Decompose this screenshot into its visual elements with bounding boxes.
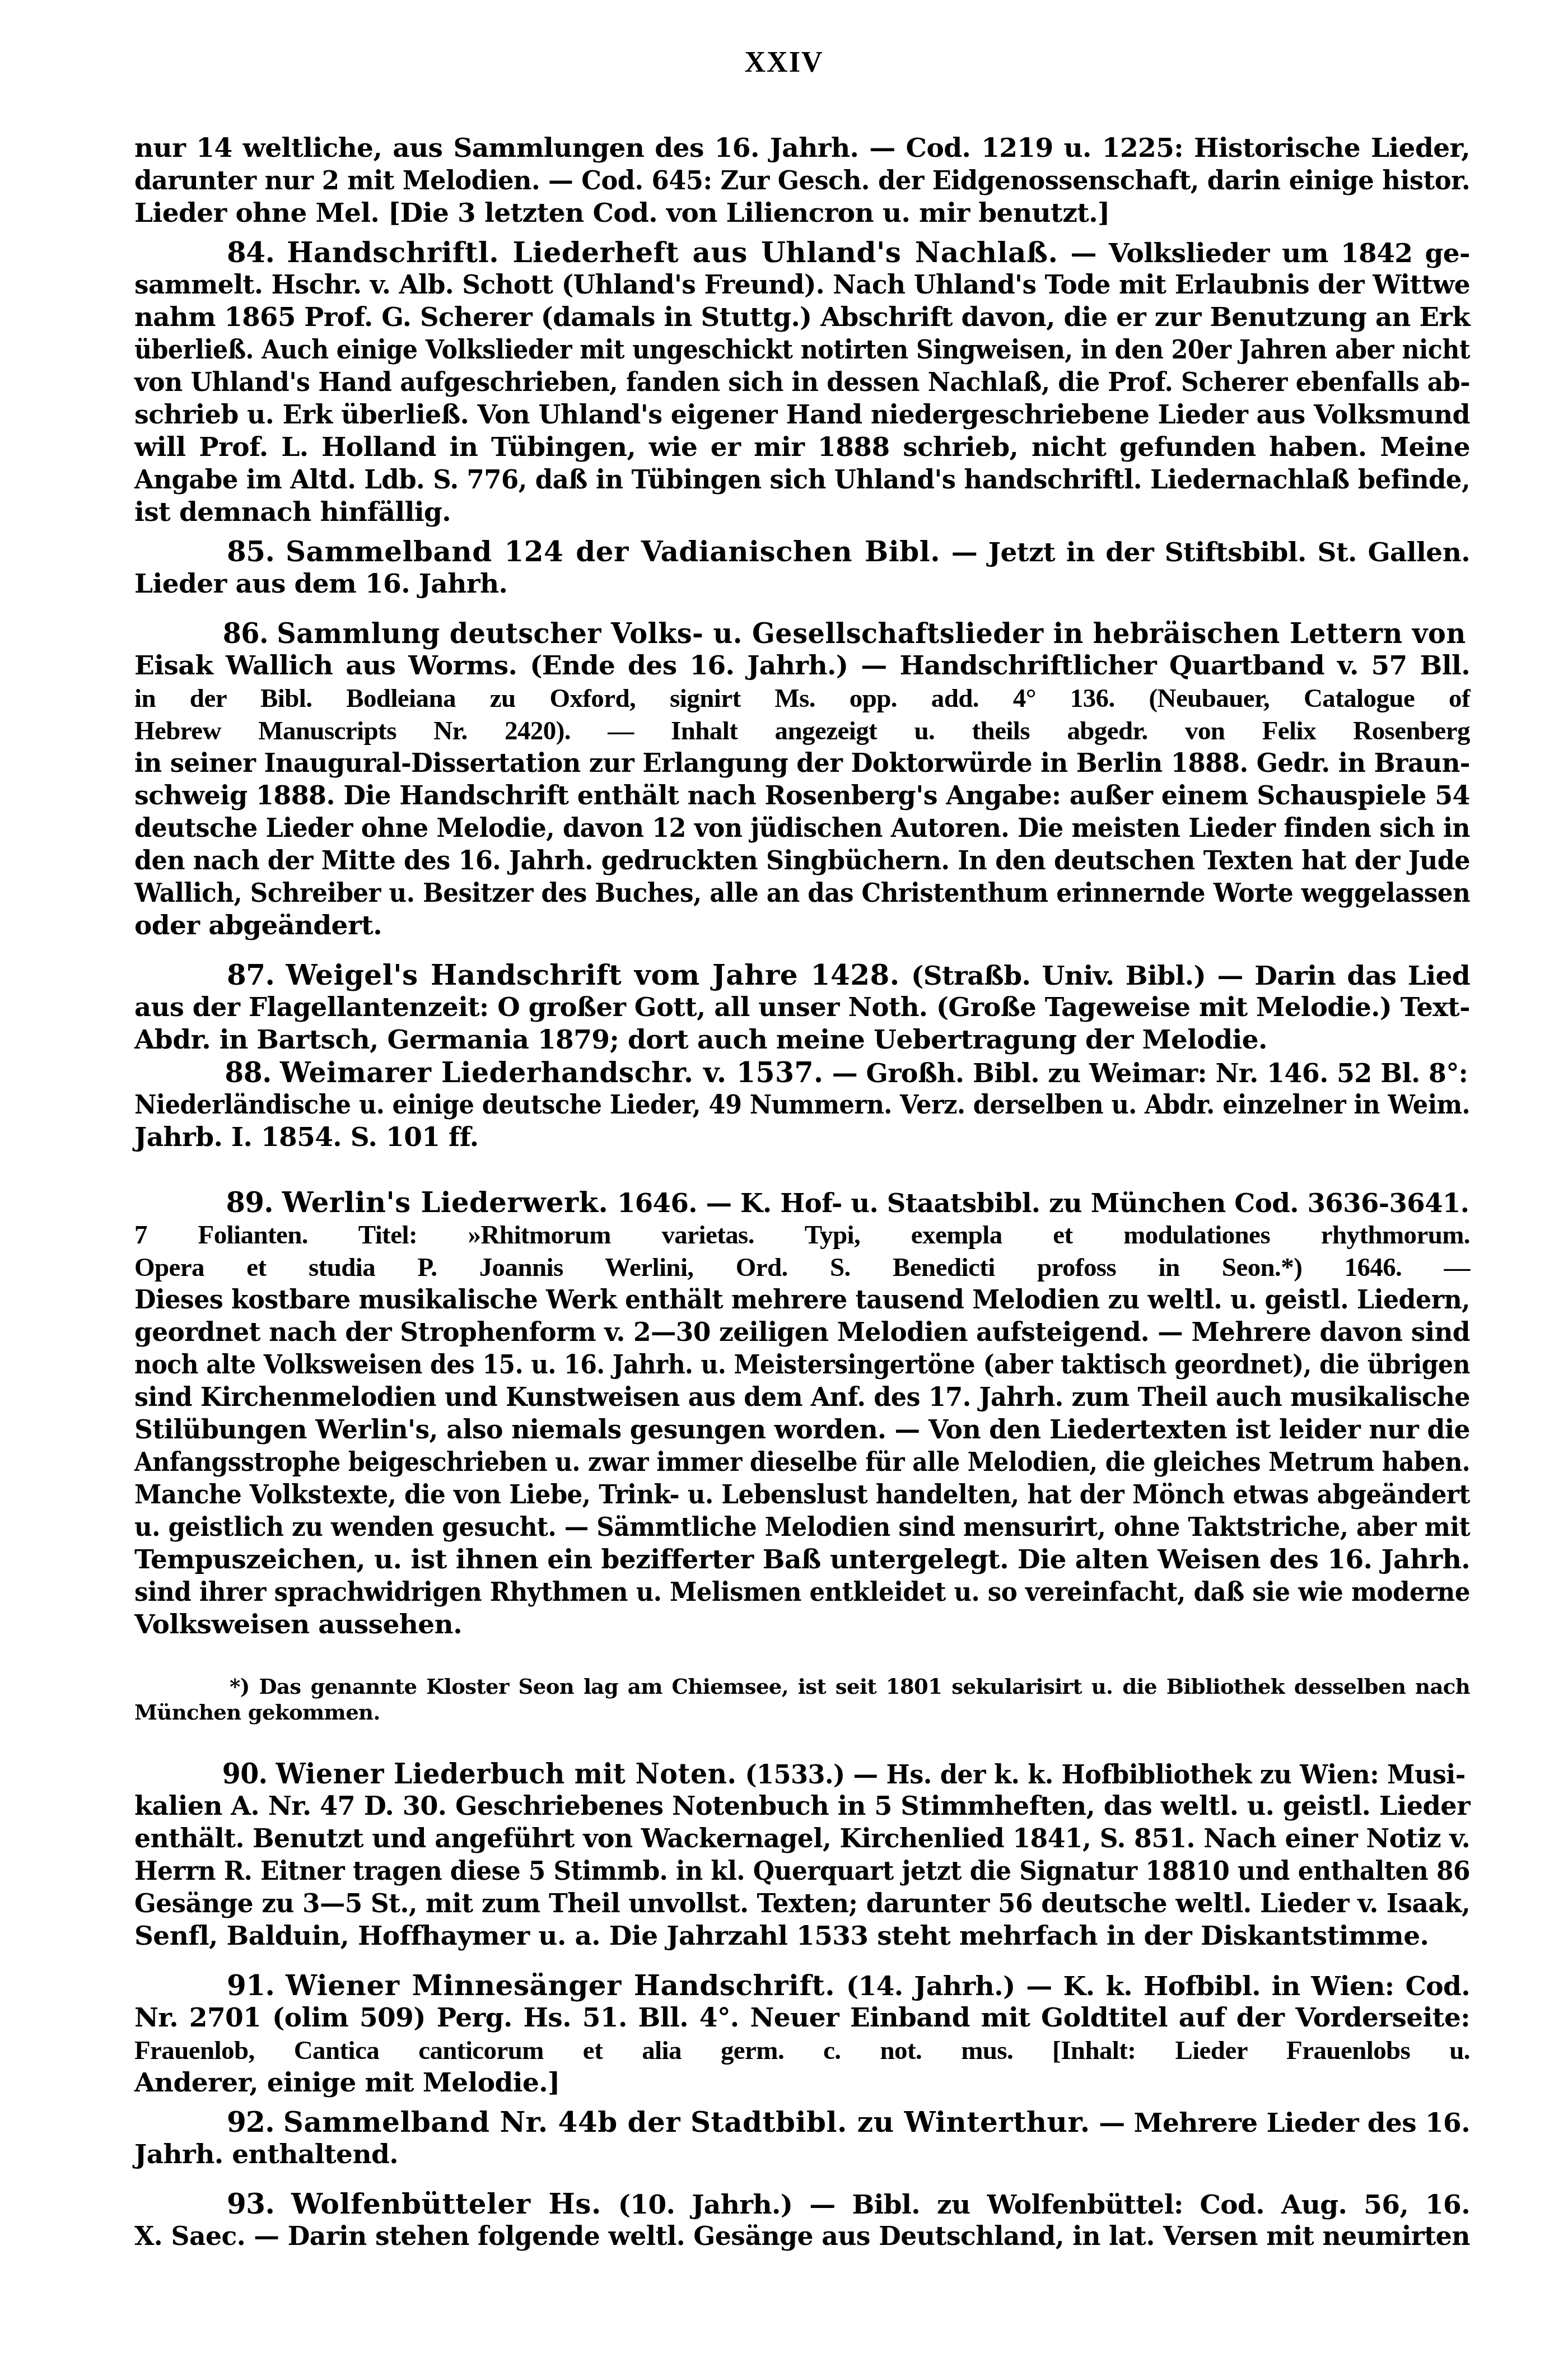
entry-title: Weigel's Handschrift vom Jahre 1428. xyxy=(286,958,900,991)
catalog-entry-89: 89. Werlin's Liederwerk. 1646. — K. Hof-… xyxy=(134,1186,1470,1641)
catalog-entry-90: 90. Wiener Liederbuch mit Noten. (1533.)… xyxy=(134,1758,1470,1953)
text-line: Tempuszeichen, u. ist ihnen ein beziffer… xyxy=(134,1544,1470,1576)
text-line: Dieses kostbare musikalische Werk enthäl… xyxy=(134,1284,1470,1316)
text-line: Nr. 2701 (olim 509) Perg. Hs. 51. Bll. 4… xyxy=(134,2002,1470,2034)
text-line: Niederländische u. einige deutsche Liede… xyxy=(134,1089,1470,1121)
entry-heading-rest: — Großh. Bibl. zu Weimar: Nr. 146. 52 Bl… xyxy=(832,1058,1468,1089)
entry-title: Wiener Minnesänger Handschrift. xyxy=(286,1969,835,2002)
text-line: geordnet nach der Strophenform v. 2—30 z… xyxy=(134,1316,1470,1349)
text-line: will Prof. L. Holland in Tübingen, wie e… xyxy=(134,431,1470,464)
catalog-entry-86: 86. Sammlung deutscher Volks- u. Gesells… xyxy=(134,617,1470,942)
text-line: kalien A. Nr. 47 D. 30. Geschriebenes No… xyxy=(134,1790,1470,1823)
text-line: oder abgeändert. xyxy=(134,910,1470,942)
entry-heading-line: 88. Weimarer Liederhandschr. v. 1537. — … xyxy=(134,1056,1558,1089)
entry-number: 87. xyxy=(227,958,274,991)
text-line: in der Bibl. Bodleiana zu Oxford, signir… xyxy=(134,682,1470,715)
catalog-entry-92: 92. Sammelband Nr. 44b der Stadtbibl. zu… xyxy=(134,2106,1470,2171)
text-line: darunter nur 2 mit Melodien. — Cod. 645:… xyxy=(134,165,1470,197)
entry-number: 86. xyxy=(223,617,268,650)
text-line: deutsche Lieder ohne Melodie, davon 12 v… xyxy=(134,812,1470,845)
entry-title: Wiener Liederbuch mit Noten. xyxy=(276,1757,737,1790)
entry-title: Wolfenbütteler Hs. xyxy=(291,2187,601,2220)
text-line: in seiner Inaugural-Dissertation zur Erl… xyxy=(134,747,1470,780)
text-line: Lieder ohne Mel. [Die 3 letzten Cod. von… xyxy=(134,197,1470,230)
text-line: Gesänge zu 3—5 St., mit zum Theil unvoll… xyxy=(134,1888,1470,1920)
entry-heading-rest: 1646. — K. Hof- u. Staatsbibl. zu Münche… xyxy=(617,1188,1469,1219)
entry-heading-line: 87. Weigel's Handschrift vom Jahre 1428.… xyxy=(134,959,1470,991)
entry-title: Sammelband 124 der Vadianischen Bibl. xyxy=(286,535,940,568)
text-line: sind ihrer sprachwidrigen Rhythmen u. Me… xyxy=(134,1576,1470,1609)
text-column: nur 14 weltliche, aus Sammlungen des 16.… xyxy=(134,132,1470,2253)
entry-heading-rest: (Straßb. Univ. Bibl.) — Darin das Lied xyxy=(911,961,1470,991)
entry-heading-line: 89. Werlin's Liederwerk. 1646. — K. Hof-… xyxy=(134,1186,1561,1219)
entry-title: Sammlung deutscher Volks- u. Gesellschaf… xyxy=(277,617,1466,650)
text-line: Manche Volkstexte, die von Liebe, Trink-… xyxy=(134,1479,1470,1511)
entry-heading-line: 84. Handschriftl. Liederheft aus Uhland'… xyxy=(134,236,1470,269)
entry-heading-rest: — Mehrere Lieder des 16. xyxy=(1099,2108,1470,2139)
text-line: noch alte Volksweisen des 15. u. 16. Jah… xyxy=(134,1349,1470,1381)
entry-title: Werlin's Liederwerk. xyxy=(282,1186,609,1219)
text-line: Jahrb. I. 1854. S. 101 ff. xyxy=(134,1121,1470,1154)
text-line: Eisak Wallich aus Worms. (Ende des 16. J… xyxy=(134,650,1470,682)
running-head-page-number: XXIV xyxy=(0,46,1568,80)
intro-continuation: nur 14 weltliche, aus Sammlungen des 16.… xyxy=(134,132,1470,230)
text-line: X. Saec. — Darin stehen folgende weltl. … xyxy=(134,2220,1470,2253)
entry-heading-rest: (14. Jahrh.) — K. k. Hofbibl. in Wien: C… xyxy=(846,1971,1470,2002)
entry-heading-line: 85. Sammelband 124 der Vadianischen Bibl… xyxy=(134,535,1470,568)
document-page: XXIV nur 14 weltliche, aus Sammlungen de… xyxy=(0,0,1568,2376)
entry-number: 91. xyxy=(227,1969,274,2002)
text-line: Lieder aus dem 16. Jahrh. xyxy=(134,568,1470,600)
entry-number: 90. xyxy=(222,1757,268,1790)
text-line: Wallich, Schreiber u. Besitzer des Buche… xyxy=(134,877,1470,910)
text-line: Angabe im Altd. Ldb. S. 776, daß in Tübi… xyxy=(134,464,1470,496)
footnote-line: *) Das genannte Kloster Seon lag am Chie… xyxy=(134,1674,1470,1699)
text-line: Herrn R. Eitner tragen diese 5 Stimmb. i… xyxy=(134,1855,1470,1888)
entry-number: 85. xyxy=(227,535,274,568)
text-line: den nach der Mitte des 16. Jahrh. gedruc… xyxy=(134,845,1470,877)
entry-heading-rest: — Volkslieder um 1842 ge- xyxy=(1070,238,1470,269)
text-line: aus der Flagellantenzeit: O großer Gott,… xyxy=(134,991,1470,1024)
text-line: ist demnach hinfällig. xyxy=(134,496,1470,529)
text-line: Anderer, einige mit Melodie.] xyxy=(134,2067,1470,2099)
text-line: Senfl, Balduin, Hoffhaymer u. a. Die Jah… xyxy=(134,1920,1470,1953)
text-line: 7 Folianten. Titel: »Rhitmorum varietas.… xyxy=(134,1219,1470,1251)
entry-heading-rest: (10. Jahrh.) — Bibl. zu Wolfenbüttel: Co… xyxy=(618,2189,1470,2220)
catalog-entry-93: 93. Wolfenbütteler Hs. (10. Jahrh.) — Bi… xyxy=(134,2188,1470,2253)
text-line: enthält. Benutzt und angeführt von Wacke… xyxy=(134,1823,1470,1855)
text-line: Stilübungen Werlin's, also niemals gesun… xyxy=(134,1414,1470,1446)
text-line: Hebrew Manuscripts Nr. 2420). — Inhalt a… xyxy=(134,715,1470,747)
entry-number: 89. xyxy=(226,1186,273,1219)
text-line: Opera et studia P. Joannis Werlini, Ord.… xyxy=(134,1251,1470,1284)
text-line: Frauenlob, Cantica canticorum et alia ge… xyxy=(134,2034,1470,2067)
entry-heading-rest: (1533.) — Hs. der k. k. Hofbibliothek zu… xyxy=(745,1759,1466,1790)
footnote: *) Das genannte Kloster Seon lag am Chie… xyxy=(134,1674,1470,1725)
text-line: schrieb u. Erk überließ. Von Uhland's ei… xyxy=(134,399,1470,431)
catalog-entry-85: 85. Sammelband 124 der Vadianischen Bibl… xyxy=(134,535,1470,600)
footnote-text: Das genannte Kloster Seon lag am Chiemse… xyxy=(259,1674,1470,1699)
entry-heading-line: 92. Sammelband Nr. 44b der Stadtbibl. zu… xyxy=(134,2106,1562,2139)
entry-number: 84. xyxy=(227,236,274,269)
text-line: sind Kirchenmelodien und Kunstweisen aus… xyxy=(134,1381,1470,1414)
text-line: Abdr. in Bartsch, Germania 1879; dort au… xyxy=(134,1024,1470,1056)
entry-heading-line: 90. Wiener Liederbuch mit Noten. (1533.)… xyxy=(134,1758,1553,1790)
entry-number: 92. xyxy=(227,2105,274,2139)
entry-title: Handschriftl. Liederheft aus Uhland's Na… xyxy=(287,236,1058,269)
entry-title: Sammelband Nr. 44b der Stadtbibl. zu Win… xyxy=(283,2105,1090,2139)
catalog-entry-88: 88. Weimarer Liederhandschr. v. 1537. — … xyxy=(134,1056,1470,1154)
text-line: Anfangsstrophe beigeschrieben u. zwar im… xyxy=(134,1446,1470,1479)
entry-number: 88. xyxy=(225,1056,271,1089)
entry-heading-rest: — Jetzt in der Stiftsbibl. St. Gallen. xyxy=(951,537,1470,568)
text-line: nur 14 weltliche, aus Sammlungen des 16.… xyxy=(134,132,1470,165)
entry-heading-line: 86. Sammlung deutscher Volks- u. Gesells… xyxy=(134,617,1554,650)
text-line: von Uhland's Hand aufgeschrieben, fanden… xyxy=(134,366,1470,399)
text-line: u. geistlich zu wenden gesucht. — Sämmtl… xyxy=(134,1511,1470,1544)
catalog-entry-87: 87. Weigel's Handschrift vom Jahre 1428.… xyxy=(134,959,1470,1056)
catalog-entry-84: 84. Handschriftl. Liederheft aus Uhland'… xyxy=(134,236,1470,529)
text-line: nahm 1865 Prof. G. Scherer (damals in St… xyxy=(134,301,1470,334)
entry-heading-line: 93. Wolfenbütteler Hs. (10. Jahrh.) — Bi… xyxy=(134,2188,1470,2220)
text-line: schweig 1888. Die Handschrift enthält na… xyxy=(134,780,1470,812)
footnote-marker: *) xyxy=(230,1674,250,1699)
text-line: überließ. Auch einige Volkslieder mit un… xyxy=(134,334,1470,366)
text-line: Jahrh. enthaltend. xyxy=(134,2139,1470,2171)
footnote-line: München gekommen. xyxy=(134,1699,1470,1725)
entry-title: Weimarer Liederhandschr. v. 1537. xyxy=(280,1056,823,1089)
text-line: sammelt. Hschr. v. Alb. Schott (Uhland's… xyxy=(134,269,1470,301)
entry-heading-line: 91. Wiener Minnesänger Handschrift. (14.… xyxy=(134,1969,1470,2002)
text-line: Volksweisen aussehen. xyxy=(134,1609,1470,1641)
catalog-entry-91: 91. Wiener Minnesänger Handschrift. (14.… xyxy=(134,1969,1470,2099)
entry-number: 93. xyxy=(227,2187,274,2220)
